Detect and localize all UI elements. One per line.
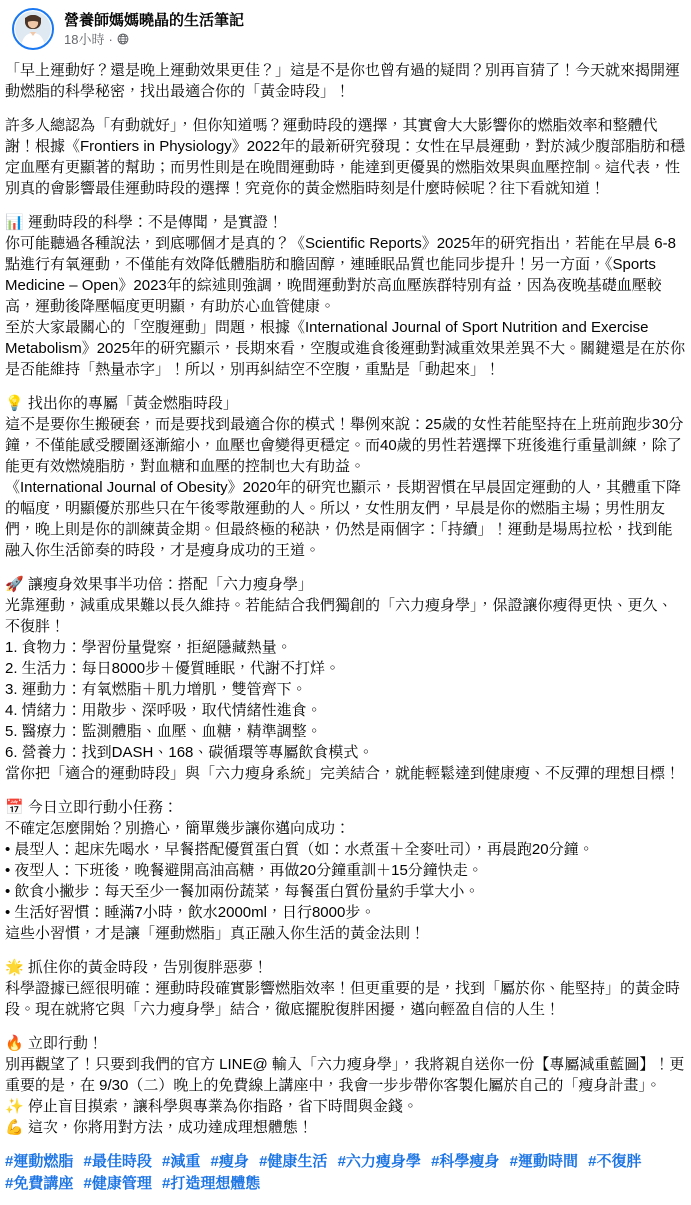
hashtag-link[interactable]: #打造理想體態 <box>162 1173 260 1195</box>
avatar[interactable] <box>12 8 54 50</box>
facebook-post: 營養師媽媽曉晶的生活筆記 18小時 · 「早上運動好？還是晚上運動效果更佳？」這… <box>0 0 691 1195</box>
hashtag-link[interactable]: #運動時間 <box>510 1151 578 1173</box>
meta-separator: · <box>108 31 112 48</box>
post-section-action-tasks: 📅 今日立即行動小任務： 不確定怎麼開始？別擔心，簡單幾步讓你邁向成功： • 晨… <box>5 797 686 944</box>
hashtag-link[interactable]: #減重 <box>162 1151 200 1173</box>
hashtag-link[interactable]: #科學瘦身 <box>431 1151 499 1173</box>
hashtag-block: #運動燃脂 #最佳時段 #減重 #瘦身 #健康生活 #六力瘦身學 #科學瘦身 #… <box>5 1151 686 1195</box>
post-section-science: 📊 運動時段的科學：不是傳聞，是實證！ 你可能聽過各種說法，到底哪個才是真的？《… <box>5 212 686 380</box>
timestamp-link[interactable]: 18小時 <box>64 31 104 48</box>
hashtag-link[interactable]: #健康生活 <box>259 1151 327 1173</box>
header-text: 營養師媽媽曉晶的生活筆記 18小時 · <box>64 11 244 48</box>
hashtag-link[interactable]: #免費講座 <box>5 1173 73 1195</box>
hashtag-link[interactable]: #健康管理 <box>84 1173 152 1195</box>
post-body: 「早上運動好？還是晚上運動效果更佳？」這是不是你也曾有過的疑問？別再盲猜了！今天… <box>0 56 691 1195</box>
post-section-six-powers: 🚀 讓瘦身效果事半功倍：搭配「六力瘦身學」 光靠運動，減重成果難以長久維持。若能… <box>5 574 686 784</box>
avatar-image <box>15 11 51 47</box>
post-section-cta: 🔥 立即行動！ 別再觀望了！只要到我們的官方 LINE@ 輸入「六力瘦身學」，我… <box>5 1033 686 1138</box>
post-header: 營養師媽媽曉晶的生活筆記 18小時 · <box>0 0 691 56</box>
post-meta: 18小時 · <box>64 31 244 48</box>
hashtag-link[interactable]: #六力瘦身學 <box>338 1151 421 1173</box>
post-section-golden-period: 💡 找出你的專屬「黃金燃脂時段」 這不是要你生搬硬套，而是要找到最適合你的模式！… <box>5 393 686 561</box>
post-section-conclusion: 🌟 抓住你的黃金時段，告別復胖惡夢！ 科學證據已經很明確：運動時段確實影響燃脂效… <box>5 957 686 1020</box>
globe-privacy-icon <box>117 33 129 45</box>
hashtag-link[interactable]: #運動燃脂 <box>5 1151 73 1173</box>
post-paragraph-research-overview: 許多人總認為「有動就好」，但你知道嗎？運動時段的選擇，其實會大大影響你的燃脂效率… <box>5 115 686 199</box>
hashtag-link[interactable]: #瘦身 <box>211 1151 249 1173</box>
hashtag-link[interactable]: #不復胖 <box>588 1151 641 1173</box>
hashtag-link[interactable]: #最佳時段 <box>84 1151 152 1173</box>
page-name-link[interactable]: 營養師媽媽曉晶的生活筆記 <box>64 11 244 31</box>
post-paragraph-intro: 「早上運動好？還是晚上運動效果更佳？」這是不是你也曾有過的疑問？別再盲猜了！今天… <box>5 60 686 102</box>
